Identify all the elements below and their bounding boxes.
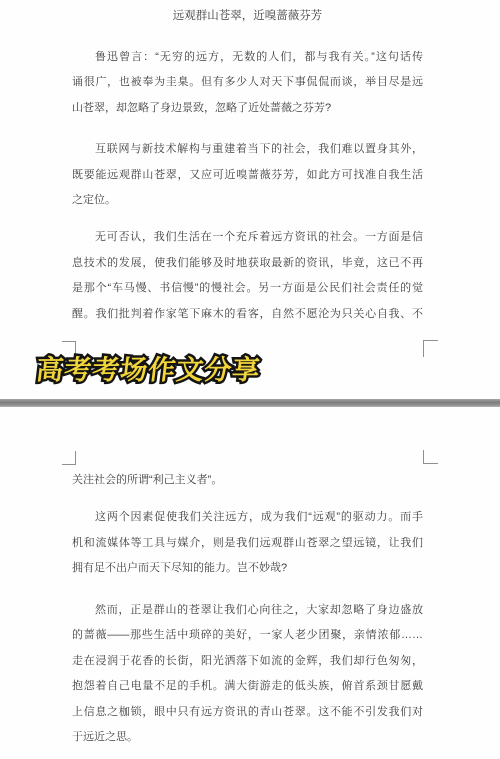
document-screenshot: 远观群山苍翠，近嗅蔷薇芬芳 鲁迅曾言：“无穷的远方，无数的人们，都与我有关。”这… [0,0,500,759]
paragraph-3-continued: 关注社会的所谓“利己主义者”。 [72,468,423,494]
text-line: 互联网与新技术解构与重建着当下的社会，我们难以置身其外， [72,137,423,163]
text-line: 上信息之枷锁，眼中只有远方资讯的青山苍翠。这不能不引发我们对 [72,700,423,726]
text-line: 于远近之思。 [72,725,423,751]
text-line: 的蔷薇——那些生活中琐碎的美好，一家人老少团聚，亲情浓郁…… [72,623,423,649]
text-line: 山苍翠，却忽略了身边景致，忽略了近处蔷薇之芬芳? [72,96,423,122]
text-line: 抱怨着自己电量不足的手机。满大街游走的低头族，俯首系颈甘愿戴 [72,674,423,700]
text-line: 醒。我们批判着作家笔下麻木的看客，自然不愿沦为只关心自我、不 [72,302,423,328]
text-line: 关注社会的所谓“利己主义者”。 [72,468,423,494]
essay-title: 远观群山苍翠，近嗅蔷薇芬芳 [72,4,423,28]
text-line: 拥有足不出户而天下尽知的能力。岂不妙哉? [72,556,423,582]
text-line: 机和流媒体等工具与媒介，则是我们远观群山苍翠之望远镜，让我们 [72,531,423,557]
paragraph-2: 互联网与新技术解构与重建着当下的社会，我们难以置身其外，既要能远观群山苍翠，又应… [72,137,423,214]
text-line: 鲁迅曾言：“无穷的远方，无数的人们，都与我有关。”这句话传 [72,45,423,71]
text-line: 诵很广，也被奉为圭臬。但有多少人对天下事侃侃而谈，举目尽是远 [72,70,423,96]
paragraph-3: 无可否认，我们生活在一个充斥着远方资讯的社会。一方面是信息技术的发展，使我们能够… [72,225,423,327]
text-line: 是那个“车马慢、书信慢”的慢社会。另一方面是公民们社会责任的觉 [72,276,423,302]
paragraph-4: 这两个因素促使我们关注远方，成为我们“远观”的驱动力。而手机和流媒体等工具与媒介… [72,505,423,582]
banner-sticker: 高考考场作文分享 [34,351,263,389]
text-line: 既要能远观群山苍翠，又应可近嗅蔷薇芬芳，如此方可找准自我生活 [72,163,423,189]
text-line: 息技术的发展，使我们能够及时地获取最新的资讯，毕竟，这已不再 [72,251,423,277]
paragraph-1: 鲁迅曾言：“无穷的远方，无数的人们，都与我有关。”这句话传诵很广，也被奉为圭臬。… [72,45,423,122]
text-line: 之定位。 [72,188,423,214]
banner-label: 高考考场作文分享 [34,351,263,389]
page-break-divider [0,399,500,407]
text-boundary-mark-top-left [62,451,76,465]
paragraph-5: 然而，正是群山的苍翠让我们心向往之，大家却忽略了身边盛放的蔷薇——那些生活中琐碎… [72,598,423,751]
text-boundary-mark-top-right [423,450,438,464]
text-line: 走在浸润于花香的长街，阳光洒落下如流的金辉，我们却行色匆匆， [72,649,423,675]
text-line: 无可否认，我们生活在一个充斥着远方资讯的社会。一方面是信 [72,225,423,251]
text-boundary-mark-bottom-right [423,340,438,357]
text-line: 这两个因素促使我们关注远方，成为我们“远观”的驱动力。而手 [72,505,423,531]
text-line: 然而，正是群山的苍翠让我们心向往之，大家却忽略了身边盛放 [72,598,423,624]
